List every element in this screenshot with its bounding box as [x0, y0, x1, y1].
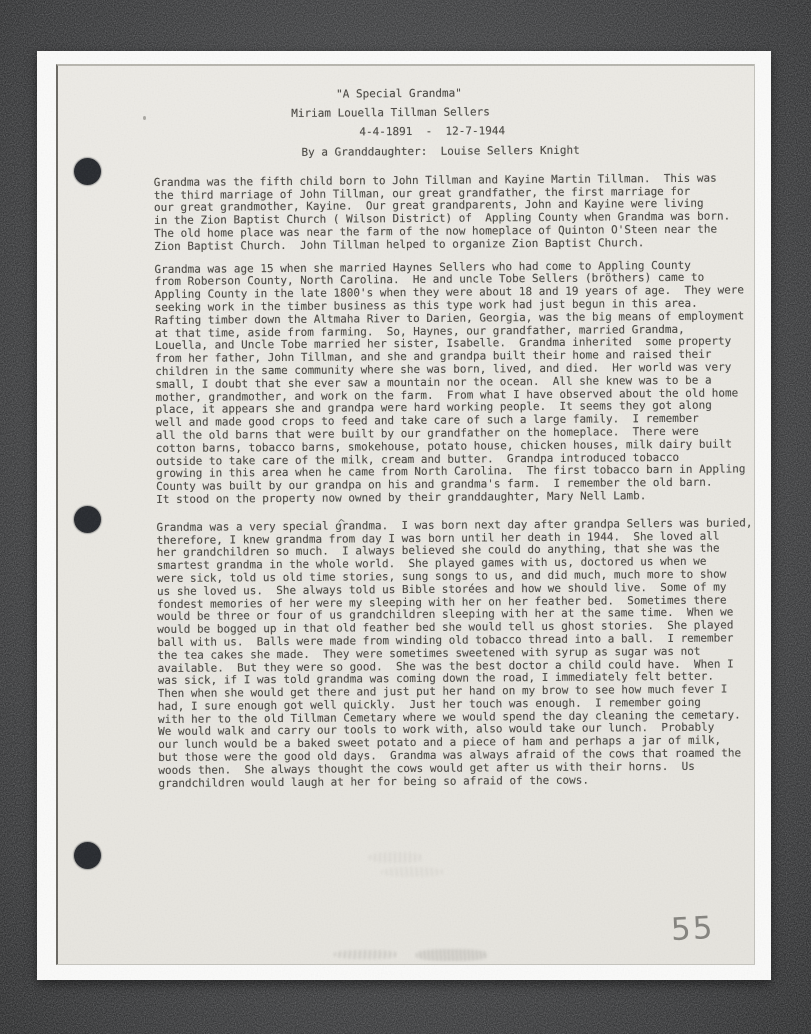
photo-border-frame: "A Special Grandma" Miriam Louella Tillm…	[37, 51, 771, 980]
pencil-smudge-bottom-2	[416, 949, 488, 961]
hole-punch-bottom	[74, 842, 101, 869]
pencil-smudge-mid-2	[381, 867, 443, 877]
paragraph-1: Grandma was the fifth child born to John…	[154, 172, 760, 254]
author-byline: By a Granddaughter: Louise Sellers Knigh…	[301, 139, 758, 162]
typewritten-text-column: "A Special Grandma" Miriam Louella Tillm…	[153, 81, 764, 790]
paragraph-3: Grandma was a very special grandma. I wa…	[156, 517, 763, 790]
hole-punch-top	[74, 158, 101, 185]
handwritten-page-number: 55	[670, 910, 715, 948]
scan-canvas: "A Special Grandma" Miriam Louella Tillm…	[0, 0, 811, 1034]
handwritten-insertion-caret: ^	[336, 517, 349, 530]
pencil-smudge-mid-1	[369, 852, 423, 863]
paragraph-2: Grandma was age 15 when she married Hayn…	[154, 259, 761, 507]
hole-punch-middle	[74, 506, 101, 533]
scanned-page: "A Special Grandma" Miriam Louella Tillm…	[56, 64, 755, 965]
dust-speck	[143, 116, 146, 120]
pencil-smudge-bottom-1	[334, 950, 398, 959]
